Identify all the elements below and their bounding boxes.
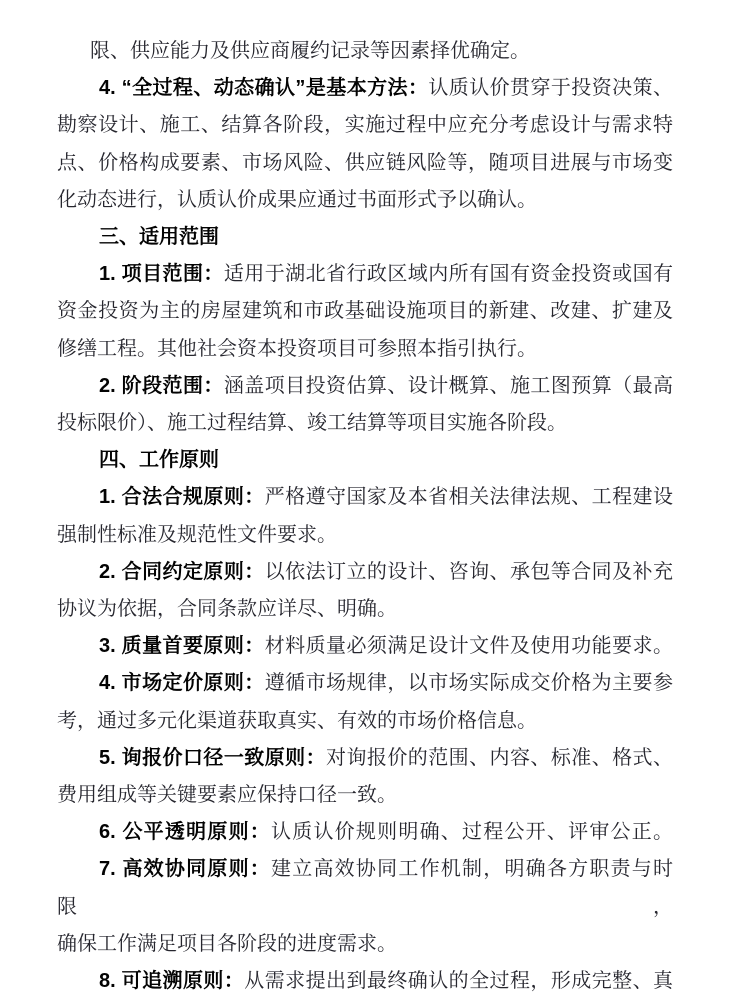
line-bold-label: 7. 高效协同原则： bbox=[99, 858, 271, 880]
section-heading: 三、适用范围 bbox=[57, 219, 673, 256]
line-bold-label: 4. 市场定价原则： bbox=[99, 672, 265, 694]
line-text: 对询报价的范围、内容、标准、格式、 bbox=[326, 747, 673, 769]
line-text: 勘察设计、施工、结算各阶段，实施过程中应充分考虑设计与需求特 bbox=[57, 114, 673, 136]
document-line: 点、价格构成要素、市场风险、供应链风险等，随项目进展与市场变 bbox=[57, 145, 673, 182]
line-text: 投标限价）、施工过程结算、竣工结算等项目实施各阶段。 bbox=[57, 412, 567, 434]
document-line: 6. 公平透明原则：认质认价规则明确、过程公开、评审公正。 bbox=[57, 814, 673, 851]
document-line: 3. 质量首要原则：材料质量必须满足设计文件及使用功能要求。 bbox=[57, 628, 673, 665]
document-line: 勘察设计、施工、结算各阶段，实施过程中应充分考虑设计与需求特 bbox=[57, 107, 673, 144]
document-line: 确保工作满足项目各阶段的进度需求。 bbox=[57, 926, 673, 963]
document-line: 费用组成等关键要素应保持口径一致。 bbox=[57, 777, 673, 814]
line-text: 协议为依据，合同条款应详尽、明确。 bbox=[57, 598, 397, 620]
line-text: 适用于湖北省行政区域内所有国有资金投资或国有 bbox=[224, 263, 673, 285]
document-line: 8. 可追溯原则：从需求提出到最终确认的全过程，形成完整、真 bbox=[57, 963, 673, 1000]
document-line: 4. 市场定价原则：遵循市场规律，以市场实际成交价格为主要参 bbox=[57, 665, 673, 702]
document-line: 2. 合同约定原则：以依法订立的设计、咨询、承包等合同及补充 bbox=[57, 554, 673, 591]
document-line: 7. 高效协同原则：建立高效协同工作机制，明确各方职责与时限， bbox=[57, 851, 673, 925]
line-text: 考，通过多元化渠道获取真实、有效的市场价格信息。 bbox=[57, 710, 537, 732]
document-line: 限、供应能力及供应商履约记录等因素择优确定。 bbox=[57, 33, 673, 70]
line-bold-label: 1. 合法合规原则： bbox=[99, 486, 265, 508]
line-bold-label: 2. 阶段范围： bbox=[99, 375, 224, 397]
line-bold-label: 6. 公平透明原则： bbox=[99, 821, 271, 843]
section-heading-label: 三、适用范围 bbox=[99, 226, 219, 248]
document-line: 强制性标准及规范性文件要求。 bbox=[57, 517, 673, 554]
line-bold-label: 5. 询报价口径一致原则： bbox=[99, 747, 326, 769]
line-text: 强制性标准及规范性文件要求。 bbox=[57, 524, 337, 546]
line-text: 费用组成等关键要素应保持口径一致。 bbox=[57, 784, 397, 806]
document-line: 1. 项目范围：适用于湖北省行政区域内所有国有资金投资或国有 bbox=[57, 256, 673, 293]
line-text: 以依法订立的设计、咨询、承包等合同及补充 bbox=[265, 561, 673, 583]
line-text: 涵盖项目投资估算、设计概算、施工图预算（最高 bbox=[224, 375, 673, 397]
document-line: 5. 询报价口径一致原则：对询报价的范围、内容、标准、格式、 bbox=[57, 740, 673, 777]
section-heading-label: 四、工作原则 bbox=[99, 449, 219, 471]
document-line: 修缮工程。其他社会资本投资项目可参照本指引执行。 bbox=[57, 331, 673, 368]
line-text: 严格遵守国家及本省相关法律法规、工程建设 bbox=[265, 486, 673, 508]
line-text: 材料质量必须满足设计文件及使用功能要求。 bbox=[265, 635, 673, 657]
line-text: 资金投资为主的房屋建筑和市政基础设施项目的新建、改建、扩建及 bbox=[57, 300, 673, 322]
line-bold-label: 4. “全过程、动态确认”是基本方法： bbox=[99, 77, 428, 99]
line-bold-label: 1. 项目范围： bbox=[99, 263, 224, 285]
line-text: 认质认价规则明确、过程公开、评审公正。 bbox=[271, 821, 673, 843]
line-bold-label: 2. 合同约定原则： bbox=[99, 561, 265, 583]
document-text-block: 限、供应能力及供应商履约记录等因素择优确定。4. “全过程、动态确认”是基本方法… bbox=[57, 33, 673, 1000]
line-text: 修缮工程。其他社会资本投资项目可参照本指引执行。 bbox=[57, 338, 537, 360]
line-text: 限、供应能力及供应商履约记录等因素择优确定。 bbox=[90, 40, 530, 62]
document-line: 2. 阶段范围：涵盖项目投资估算、设计概算、施工图预算（最高 bbox=[57, 368, 673, 405]
document-line: 4. “全过程、动态确认”是基本方法：认质认价贯穿于投资决策、 bbox=[57, 70, 673, 107]
document-line: 1. 合法合规原则：严格遵守国家及本省相关法律法规、工程建设 bbox=[57, 479, 673, 516]
document-line: 化动态进行，认质认价成果应通过书面形式予以确认。 bbox=[57, 182, 673, 219]
line-text: 化动态进行，认质认价成果应通过书面形式予以确认。 bbox=[57, 189, 537, 211]
document-line: 协议为依据，合同条款应详尽、明确。 bbox=[57, 591, 673, 628]
line-text: 确保工作满足项目各阶段的进度需求。 bbox=[57, 933, 397, 955]
document-line: 考，通过多元化渠道获取真实、有效的市场价格信息。 bbox=[57, 703, 673, 740]
line-text: 遵循市场规律，以市场实际成交价格为主要参 bbox=[265, 672, 673, 694]
document-line: 资金投资为主的房屋建筑和市政基础设施项目的新建、改建、扩建及 bbox=[57, 293, 673, 330]
document-line: 投标限价）、施工过程结算、竣工结算等项目实施各阶段。 bbox=[57, 405, 673, 442]
line-text: 点、价格构成要素、市场风险、供应链风险等，随项目进展与市场变 bbox=[57, 152, 673, 174]
line-text: 从需求提出到最终确认的全过程，形成完整、真 bbox=[244, 970, 673, 992]
document-page: 限、供应能力及供应商履约记录等因素择优确定。4. “全过程、动态确认”是基本方法… bbox=[0, 0, 732, 1008]
line-text: 认质认价贯穿于投资决策、 bbox=[428, 77, 673, 99]
line-bold-label: 3. 质量首要原则： bbox=[99, 635, 265, 657]
section-heading: 四、工作原则 bbox=[57, 442, 673, 479]
line-bold-label: 8. 可追溯原则： bbox=[99, 970, 244, 992]
